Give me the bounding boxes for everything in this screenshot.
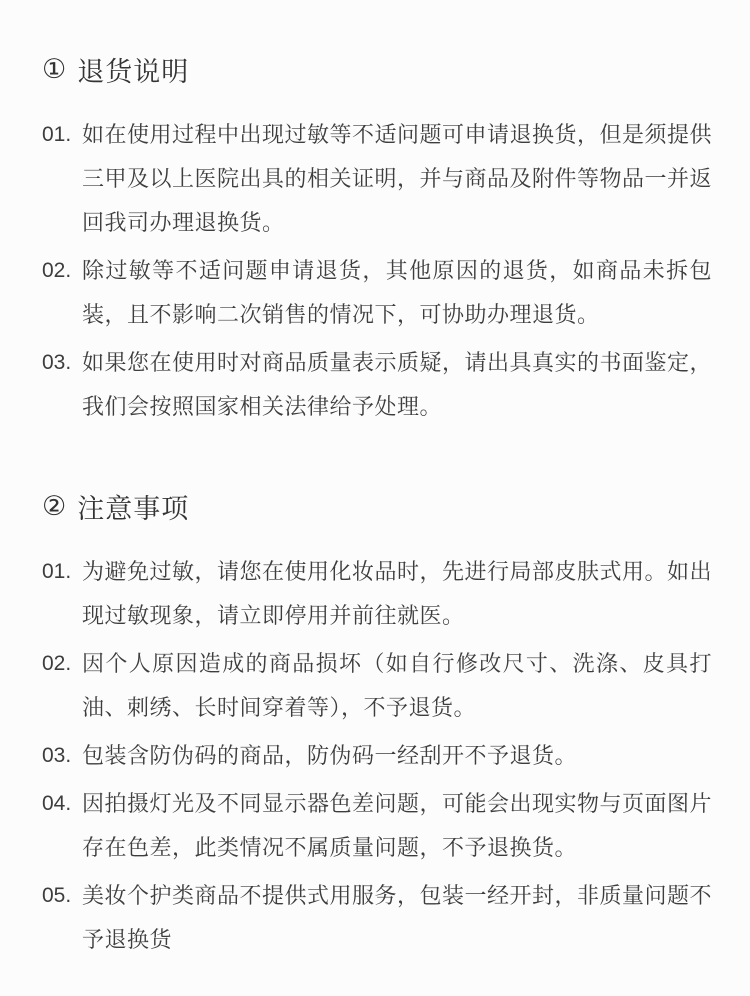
list-item: 03. 如果您在使用时对商品质量表示质疑，请出具真实的书面鉴定，我们会按照国家相… xyxy=(42,341,712,429)
list-item-text: 因个人原因造成的商品损坏（如自行修改尺寸、洗涤、皮具打油、刺绣、长时间穿着等），… xyxy=(82,642,712,730)
list-item: 01. 为避免过敏，请您在使用化妆品时，先进行局部皮肤式用。如出现过敏现象，请立… xyxy=(42,550,712,638)
list-item: 03. 包装含防伪码的商品，防伪码一经刮开不予退货。 xyxy=(42,734,712,778)
return-policy-notice-page: ① 退货说明 01. 如在使用过程中出现过敏等不适问题可申请退换货，但是须提供三… xyxy=(0,0,750,996)
list-item-text: 除过敏等不适问题申请退货，其他原因的退货，如商品未拆包装，且不影响二次销售的情况… xyxy=(82,249,712,337)
circled-number-2: ② xyxy=(42,491,67,522)
list-item-text: 因拍摄灯光及不同显示器色差问题，可能会出现实物与页面图片存在色差，此类情况不属质… xyxy=(82,782,712,870)
section-return-instructions: ① 退货说明 01. 如在使用过程中出现过敏等不适问题可申请退换货，但是须提供三… xyxy=(42,50,712,429)
list-item-number: 05. xyxy=(42,874,82,918)
list-item-number: 04. xyxy=(42,782,82,826)
list-item-text: 包装含防伪码的商品，防伪码一经刮开不予退货。 xyxy=(82,734,712,778)
list-item-number: 03. xyxy=(42,341,82,385)
section-title-return-instructions: ① 退货说明 xyxy=(42,50,712,89)
section-title-text: 退货说明 xyxy=(77,50,189,89)
circled-number-1: ① xyxy=(42,54,67,85)
section-title-text: 注意事项 xyxy=(77,487,189,526)
section-title-notes: ② 注意事项 xyxy=(42,487,712,526)
list-item-number: 03. xyxy=(42,734,82,778)
section-notes: ② 注意事项 01. 为避免过敏，请您在使用化妆品时，先进行局部皮肤式用。如出现… xyxy=(42,487,712,962)
list-item: 02. 除过敏等不适问题申请退货，其他原因的退货，如商品未拆包装，且不影响二次销… xyxy=(42,249,712,337)
list-item: 01. 如在使用过程中出现过敏等不适问题可申请退换货，但是须提供三甲及以上医院出… xyxy=(42,113,712,245)
list-item-text: 如在使用过程中出现过敏等不适问题可申请退换货，但是须提供三甲及以上医院出具的相关… xyxy=(82,113,712,245)
list-item-text: 如果您在使用时对商品质量表示质疑，请出具真实的书面鉴定，我们会按照国家相关法律给… xyxy=(82,341,712,429)
list-item: 04. 因拍摄灯光及不同显示器色差问题，可能会出现实物与页面图片存在色差，此类情… xyxy=(42,782,712,870)
list-item: 02. 因个人原因造成的商品损坏（如自行修改尺寸、洗涤、皮具打油、刺绣、长时间穿… xyxy=(42,642,712,730)
list-item-number: 01. xyxy=(42,550,82,594)
list-item-number: 02. xyxy=(42,249,82,293)
list-item-text: 为避免过敏，请您在使用化妆品时，先进行局部皮肤式用。如出现过敏现象，请立即停用并… xyxy=(82,550,712,638)
list-item-number: 01. xyxy=(42,113,82,157)
list-item-number: 02. xyxy=(42,642,82,686)
